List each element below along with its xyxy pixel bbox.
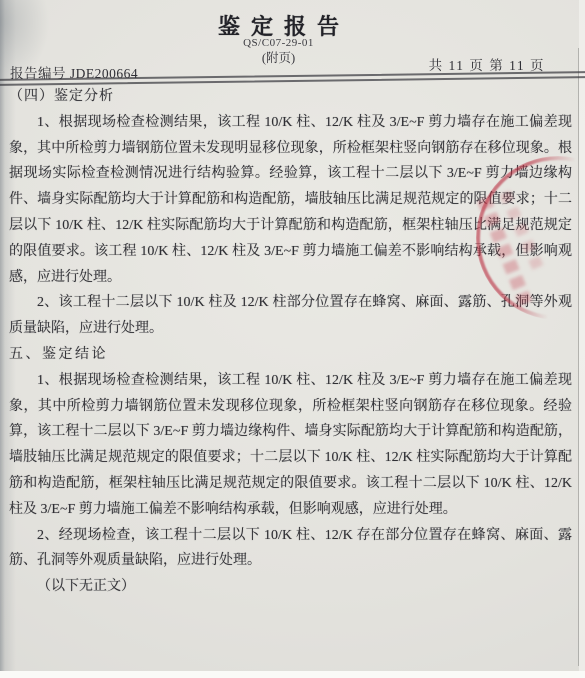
section-conclusion-heading: 五、鉴定结论 — [9, 342, 572, 368]
conclusion-paragraph-1: 1、根据现场检查检测结果，该工程 10/K 柱、12/K 柱及 3/E~F 剪力… — [9, 368, 572, 523]
section-analysis-heading: （四）鉴定分析 — [9, 84, 572, 110]
page-right-edge-line — [578, 48, 579, 666]
scanned-report-page: 鉴定报告 QS/C07-29-01 (附页) 共 11 页 第 11 页 报告编… — [0, 0, 585, 678]
closing-note: （以下无正文） — [9, 574, 572, 600]
conclusion-paragraph-2: 2、经现场检查，该工程十二层以下 10/K 柱、12/K 存在部分位置存在蜂窝、… — [9, 523, 572, 575]
analysis-paragraph-1: 1、根据现场检查检测结果，该工程 10/K 柱、12/K 柱及 3/E~F 剪力… — [9, 110, 572, 291]
scan-bottom-edge — [0, 671, 585, 678]
analysis-paragraph-2: 2、该工程十二层以下 10/K 柱及 12/K 柱部分位置存在蜂窝、麻面、露筋、… — [9, 290, 572, 342]
scan-right-edge-highlight — [579, 0, 585, 671]
report-body: （四）鉴定分析 1、根据现场检查检测结果，该工程 10/K 柱、12/K 柱及 … — [9, 84, 572, 600]
